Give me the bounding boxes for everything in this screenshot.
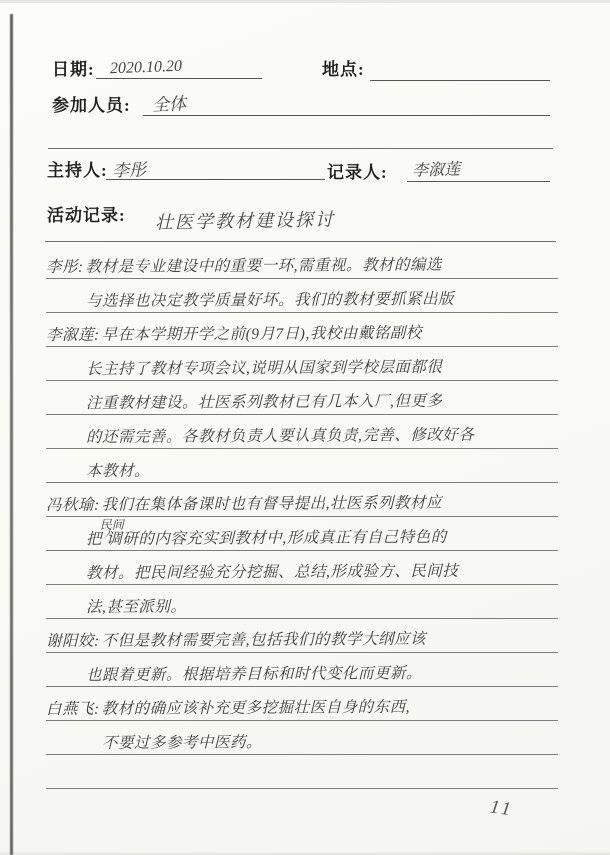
- record-line-text: 也跟着更新。根据培养目标和时代变化而更新。: [86, 661, 422, 685]
- record-line-text: 注重教材建设。壮医系列教材已有几本入厂,但更多: [86, 389, 443, 413]
- record-line-text: 把民间人 调研的内容充实到教材中,形成真正有自己特色的: [86, 525, 447, 549]
- scanned-page: 日期: 2020.10.20 地点: 参加人员: 全体 主持人: 李彤 记录人:…: [0, 0, 610, 855]
- record-line-text: 法,甚至派别。: [86, 594, 187, 617]
- record-line: 不要过多参考中医药。: [46, 721, 558, 755]
- record-line-text: 的还需完善。各教材负责人要认真负责,完善、修改好各: [86, 423, 475, 447]
- speaker-name: 谢阳姣:: [46, 633, 100, 650]
- recorder-label: 记录人:: [327, 158, 388, 183]
- recorder-underline: [407, 181, 550, 182]
- record-line: 与选择也决定教学质量好坏。我们的教材要抓紧出版: [46, 279, 558, 313]
- record-label: 活动记录:: [47, 201, 126, 226]
- record-line-text: 本教材。: [86, 459, 150, 481]
- scan-bottom-shadow: [0, 851, 610, 855]
- section-divider-top: [48, 148, 553, 149]
- date-value: 2020.10.20: [110, 58, 183, 79]
- date-underline: [96, 78, 262, 79]
- scan-left-edge-shadow: [10, 14, 13, 855]
- record-line: 长主持了教材专项会议,说明从国家到学校层面都很: [46, 347, 558, 381]
- speaker-name: 李溆莲:: [46, 327, 100, 344]
- record-line: 把民间人 调研的内容充实到教材中,形成真正有自己特色的: [46, 517, 558, 551]
- participants-value: 全体: [151, 89, 186, 116]
- record-line-text: 李溆莲:早在本学期开学之前(9月7日),我校由戴铭副校: [46, 321, 422, 345]
- record-body: 李彤:教材是专业建设中的重要一环,需重视。教材的编选与选择也决定教学质量好坏。我…: [46, 245, 558, 789]
- record-line: 白燕飞:教材的确应该补充更多挖掘壮医自身的东西,: [46, 687, 558, 721]
- record-line-text: 白燕飞:教材的确应该补充更多挖掘壮医自身的东西,: [46, 695, 410, 719]
- record-line-text: 与选择也决定教学质量好坏。我们的教材要抓紧出版: [86, 287, 454, 311]
- record-line: 李溆莲:早在本学期开学之前(9月7日),我校由戴铭副校: [46, 313, 558, 347]
- location-underline: [370, 80, 550, 81]
- section-divider-record: [45, 241, 556, 242]
- record-line-text: 李彤:教材是专业建设中的重要一环,需重视。教材的编选: [46, 253, 442, 277]
- speaker-name: 白燕飞:: [46, 701, 100, 718]
- record-line: 注重教材建设。壮医系列教材已有几本入厂,但更多: [46, 381, 558, 415]
- record-line: 谢阳姣:不但是教材需要完善,包括我们的教学大纲应该: [46, 619, 558, 653]
- host-value: 李彤: [112, 155, 147, 181]
- record-line-text: 长主持了教材专项会议,说明从国家到学校层面都很: [86, 355, 443, 379]
- record-line: 冯秋瑜:我们在集体备课时也有督导提出,壮医系列教材应: [46, 483, 558, 517]
- record-title: 壮医学教材建设探讨: [155, 205, 335, 234]
- record-line-text: 冯秋瑜:我们在集体备课时也有督导提出,壮医系列教材应: [46, 491, 442, 515]
- recorder-value: 李溆莲: [412, 156, 461, 181]
- location-label: 地点:: [322, 55, 365, 80]
- record-line: 本教材。: [46, 449, 558, 483]
- participants-underline: [143, 115, 550, 116]
- insertion-caret-mark: 人: [104, 527, 114, 540]
- date-label: 日期:: [52, 55, 95, 80]
- record-line: 教材。把民间经验充分挖掘、总结,形成验方、民间技: [46, 551, 558, 585]
- record-line-text: 不要过多参考中医药。: [102, 730, 262, 753]
- speaker-name: 冯秋瑜:: [46, 497, 100, 514]
- host-label: 主持人:: [47, 156, 108, 181]
- page-number: 11: [489, 796, 515, 821]
- record-line-text: 谢阳姣:不但是教材需要完善,包括我们的教学大纲应该: [46, 627, 426, 651]
- record-line: [46, 755, 558, 789]
- scan-top-edge-shadow: [0, 0, 610, 3]
- record-line-text: 教材。把民间经验充分挖掘、总结,形成验方、民间技: [86, 559, 459, 583]
- speaker-name: 李彤:: [46, 259, 84, 276]
- record-line: 也跟着更新。根据培养目标和时代变化而更新。: [46, 653, 558, 687]
- record-line: 的还需完善。各教材负责人要认真负责,完善、修改好各: [46, 415, 558, 449]
- record-line: 法,甚至派别。: [46, 585, 558, 619]
- inline-insertion: 民间人: [102, 531, 106, 549]
- record-line: 李彤:教材是专业建设中的重要一环,需重视。教材的编选: [46, 245, 558, 279]
- participants-label: 参加人员:: [52, 91, 131, 116]
